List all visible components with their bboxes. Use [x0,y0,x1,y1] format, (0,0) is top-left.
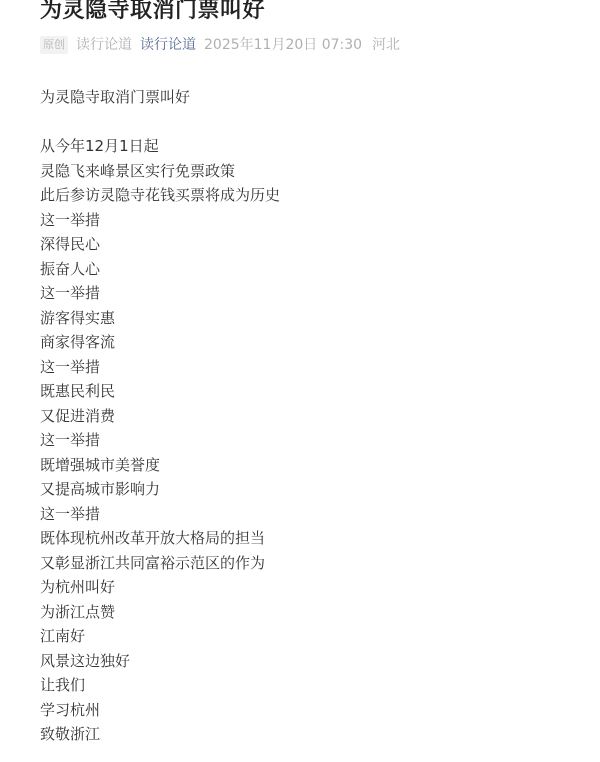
body-line: 这一举措 [40,502,280,527]
body-line: 江南好 [40,624,280,649]
body-line: 既体现杭州改革开放大格局的担当 [40,526,280,551]
body-line: 又提高城市影响力 [40,477,280,502]
body-line: 又促进消费 [40,404,280,429]
body-line: 学习杭州 [40,698,280,723]
publish-date: 2025年11月20日 07:30 [204,35,362,55]
meta-source: 读行论道 [76,35,132,55]
body-line: 从今年12月1日起 [40,134,280,159]
publish-location: 河北 [372,35,400,55]
body-line: 这一举措 [40,281,280,306]
body-line: 此后参访灵隐寺花钱买票将成为历史 [40,183,280,208]
body-line: 商家得客流 [40,330,280,355]
body-line: 风景这边独好 [40,649,280,674]
body-line: 为灵隐寺取消门票叫好 [40,85,280,110]
body-line: 为浙江点赞 [40,600,280,625]
body-line: 这一举措 [40,208,280,233]
body-line: 又彰显浙江共同富裕示范区的作为 [40,551,280,576]
body-line: 灵隐飞来峰景区实行免票政策 [40,159,280,184]
body-line: 为杭州叫好 [40,575,280,600]
body-line: 致敬浙江 [40,722,280,747]
body-line: 这一举措 [40,428,280,453]
article-body: 为灵隐寺取消门票叫好 从今年12月1日起 灵隐飞来峰景区实行免票政策 此后参访灵… [40,85,280,747]
body-line: 这一举措 [40,355,280,380]
body-line: 振奋人心 [40,257,280,282]
original-badge: 原创 [40,36,68,54]
article-title: 为灵隐寺取消门票叫好 [40,0,265,26]
body-line: 让我们 [40,673,280,698]
body-line: 既惠民利民 [40,379,280,404]
body-line: 既增强城市美誉度 [40,453,280,478]
author-link[interactable]: 读行论道 [140,35,196,55]
article-meta: 原创 读行论道 读行论道 2025年11月20日 07:30 河北 [40,35,400,55]
body-line: 游客得实惠 [40,306,280,331]
body-line: 深得民心 [40,232,280,257]
body-line-blank [40,110,280,135]
